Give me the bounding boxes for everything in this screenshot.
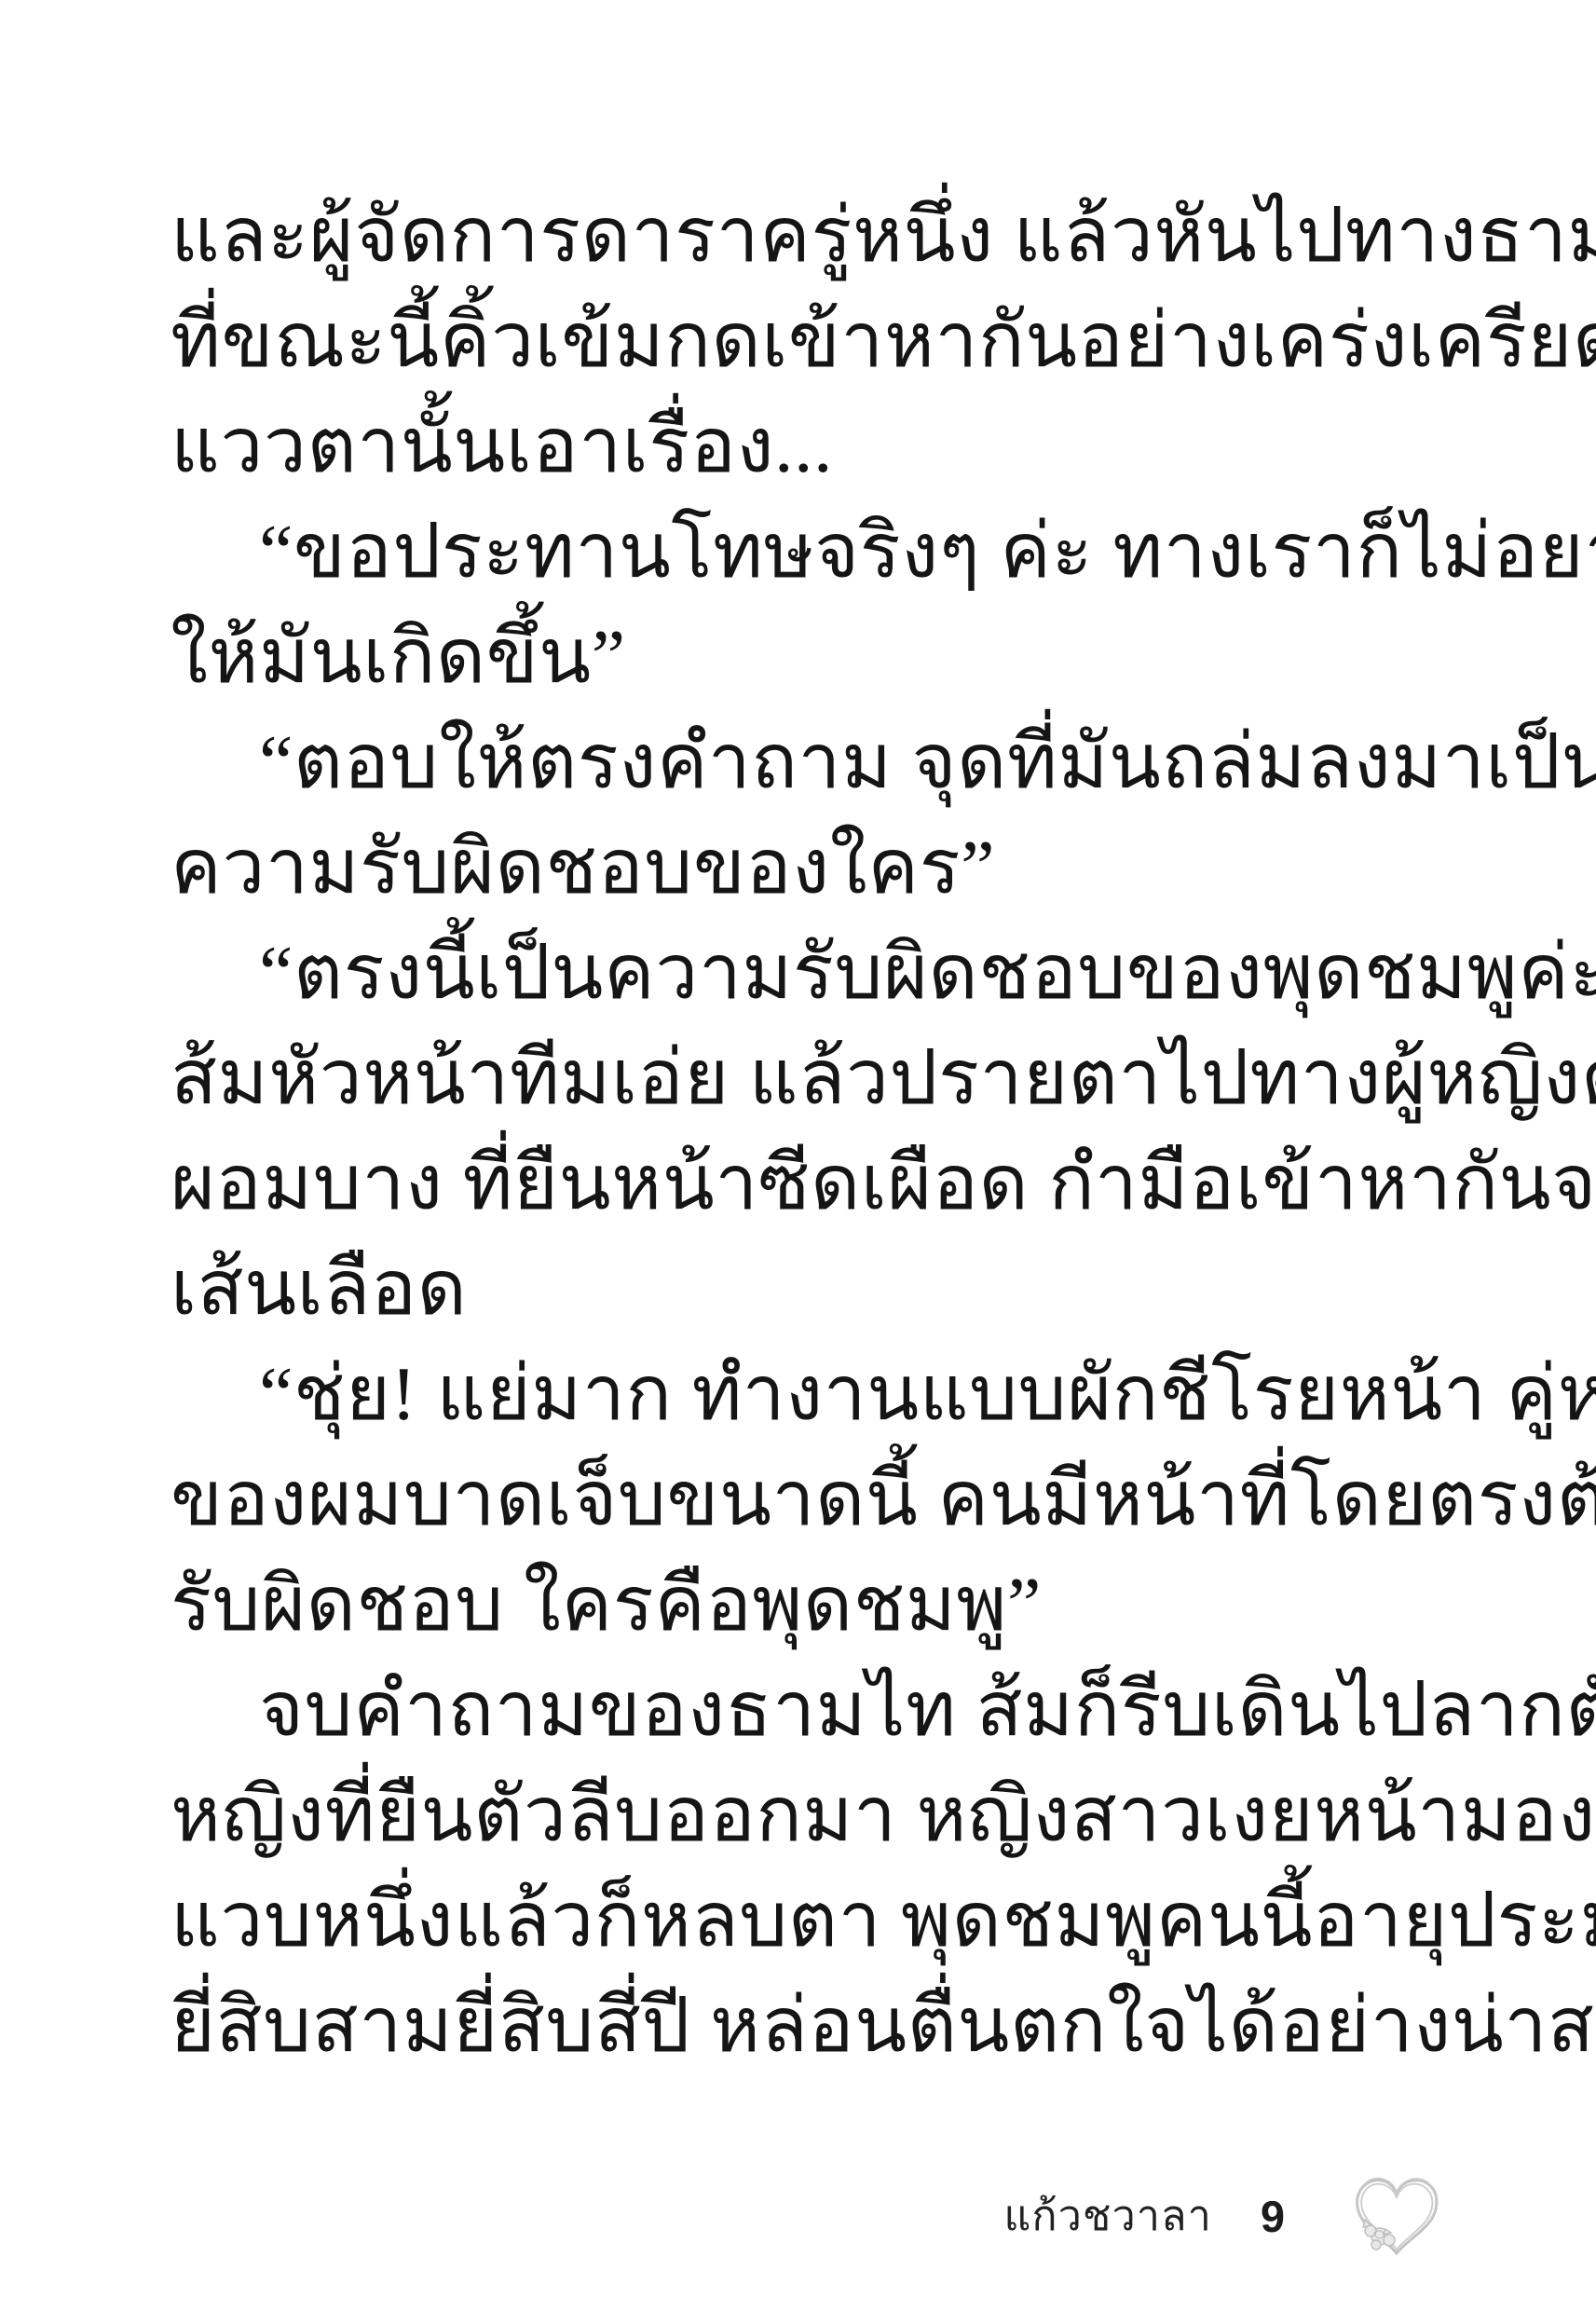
text-line: “ตรงนี้เป็นความรับผิดชอบของพุดชมพูค่ะ” [171, 920, 1447, 1025]
paragraph: “ชุ่ย! แย่มาก ทำงานแบบผักชีโรยหน้า คู่หม… [171, 1341, 1447, 1657]
paragraph: “ขอประทานโทษจริงๆ ค่ะ ทางเราก็ไม่อยาก ให… [171, 499, 1447, 709]
text-line: “ขอประทานโทษจริงๆ ค่ะ ทางเราก็ไม่อยาก [171, 499, 1447, 604]
text-line: หญิงที่ยืนตัวลีบออกมา หญิงสาวเงยหน้ามองธ… [171, 1762, 1447, 1867]
text-line: แววตานั้นเอาเรื่อง... [171, 393, 1447, 499]
text-line: ยี่สิบสามยี่สิบสี่ปี หล่อนตื่นตกใจได้อย่… [171, 1973, 1447, 2078]
page-text: และผู้จัดการดาราครู่หนึ่ง แล้วหันไปทางธา… [171, 183, 1447, 2078]
text-line: เส้นเลือด [171, 1236, 1447, 1341]
text-line: จบคำถามของธามไท ส้มก็รีบเดินไปลากตัว [171, 1657, 1447, 1762]
book-title: แก้วชวาลา [1003, 2188, 1211, 2244]
paragraph: และผู้จัดการดาราครู่หนึ่ง แล้วหันไปทางธา… [171, 183, 1447, 499]
text-line: และผู้จัดการดาราครู่หนึ่ง แล้วหันไปทางธา… [171, 183, 1447, 288]
text-line: “ตอบให้ตรงคำถาม จุดที่มันถล่มลงมาเป็น [171, 709, 1447, 814]
text-line: แวบหนึ่งแล้วก็หลบตา พุดชมพูคนนี้อายุประม… [171, 1867, 1447, 1973]
text-line: ความรับผิดชอบของใคร” [171, 814, 1447, 920]
text-line: รับผิดชอบ ใครคือพุดชมพู” [171, 1552, 1447, 1657]
heart-wreath-icon [1348, 2171, 1445, 2261]
text-line: “ชุ่ย! แย่มาก ทำงานแบบผักชีโรยหน้า คู่หม… [171, 1341, 1447, 1446]
text-line: ผอมบาง ที่ยืนหน้าซีดเผือด กำมือเข้าหากัน… [171, 1130, 1447, 1236]
text-line: ที่ขณะนี้คิ้วเข้มกดเข้าหากันอย่างเคร่งเค… [171, 288, 1447, 393]
paragraph: จบคำถามของธามไท ส้มก็รีบเดินไปลากตัว หญิ… [171, 1657, 1447, 2078]
paragraph: “ตรงนี้เป็นความรับผิดชอบของพุดชมพูค่ะ” ส… [171, 920, 1447, 1341]
text-line: ของผมบาดเจ็บขนาดนี้ คนมีหน้าที่โดยตรงต้อ… [171, 1446, 1447, 1552]
page-footer: แก้วชวาลา 9 [1003, 2171, 1445, 2261]
text-line: ให้มันเกิดขึ้น” [171, 604, 1447, 709]
paragraph: “ตอบให้ตรงคำถาม จุดที่มันถล่มลงมาเป็น คว… [171, 709, 1447, 920]
page-number: 9 [1261, 2191, 1285, 2242]
text-line: ส้มหัวหน้าทีมเอ่ย แล้วปรายตาไปทางผู้หญิง… [171, 1025, 1447, 1130]
